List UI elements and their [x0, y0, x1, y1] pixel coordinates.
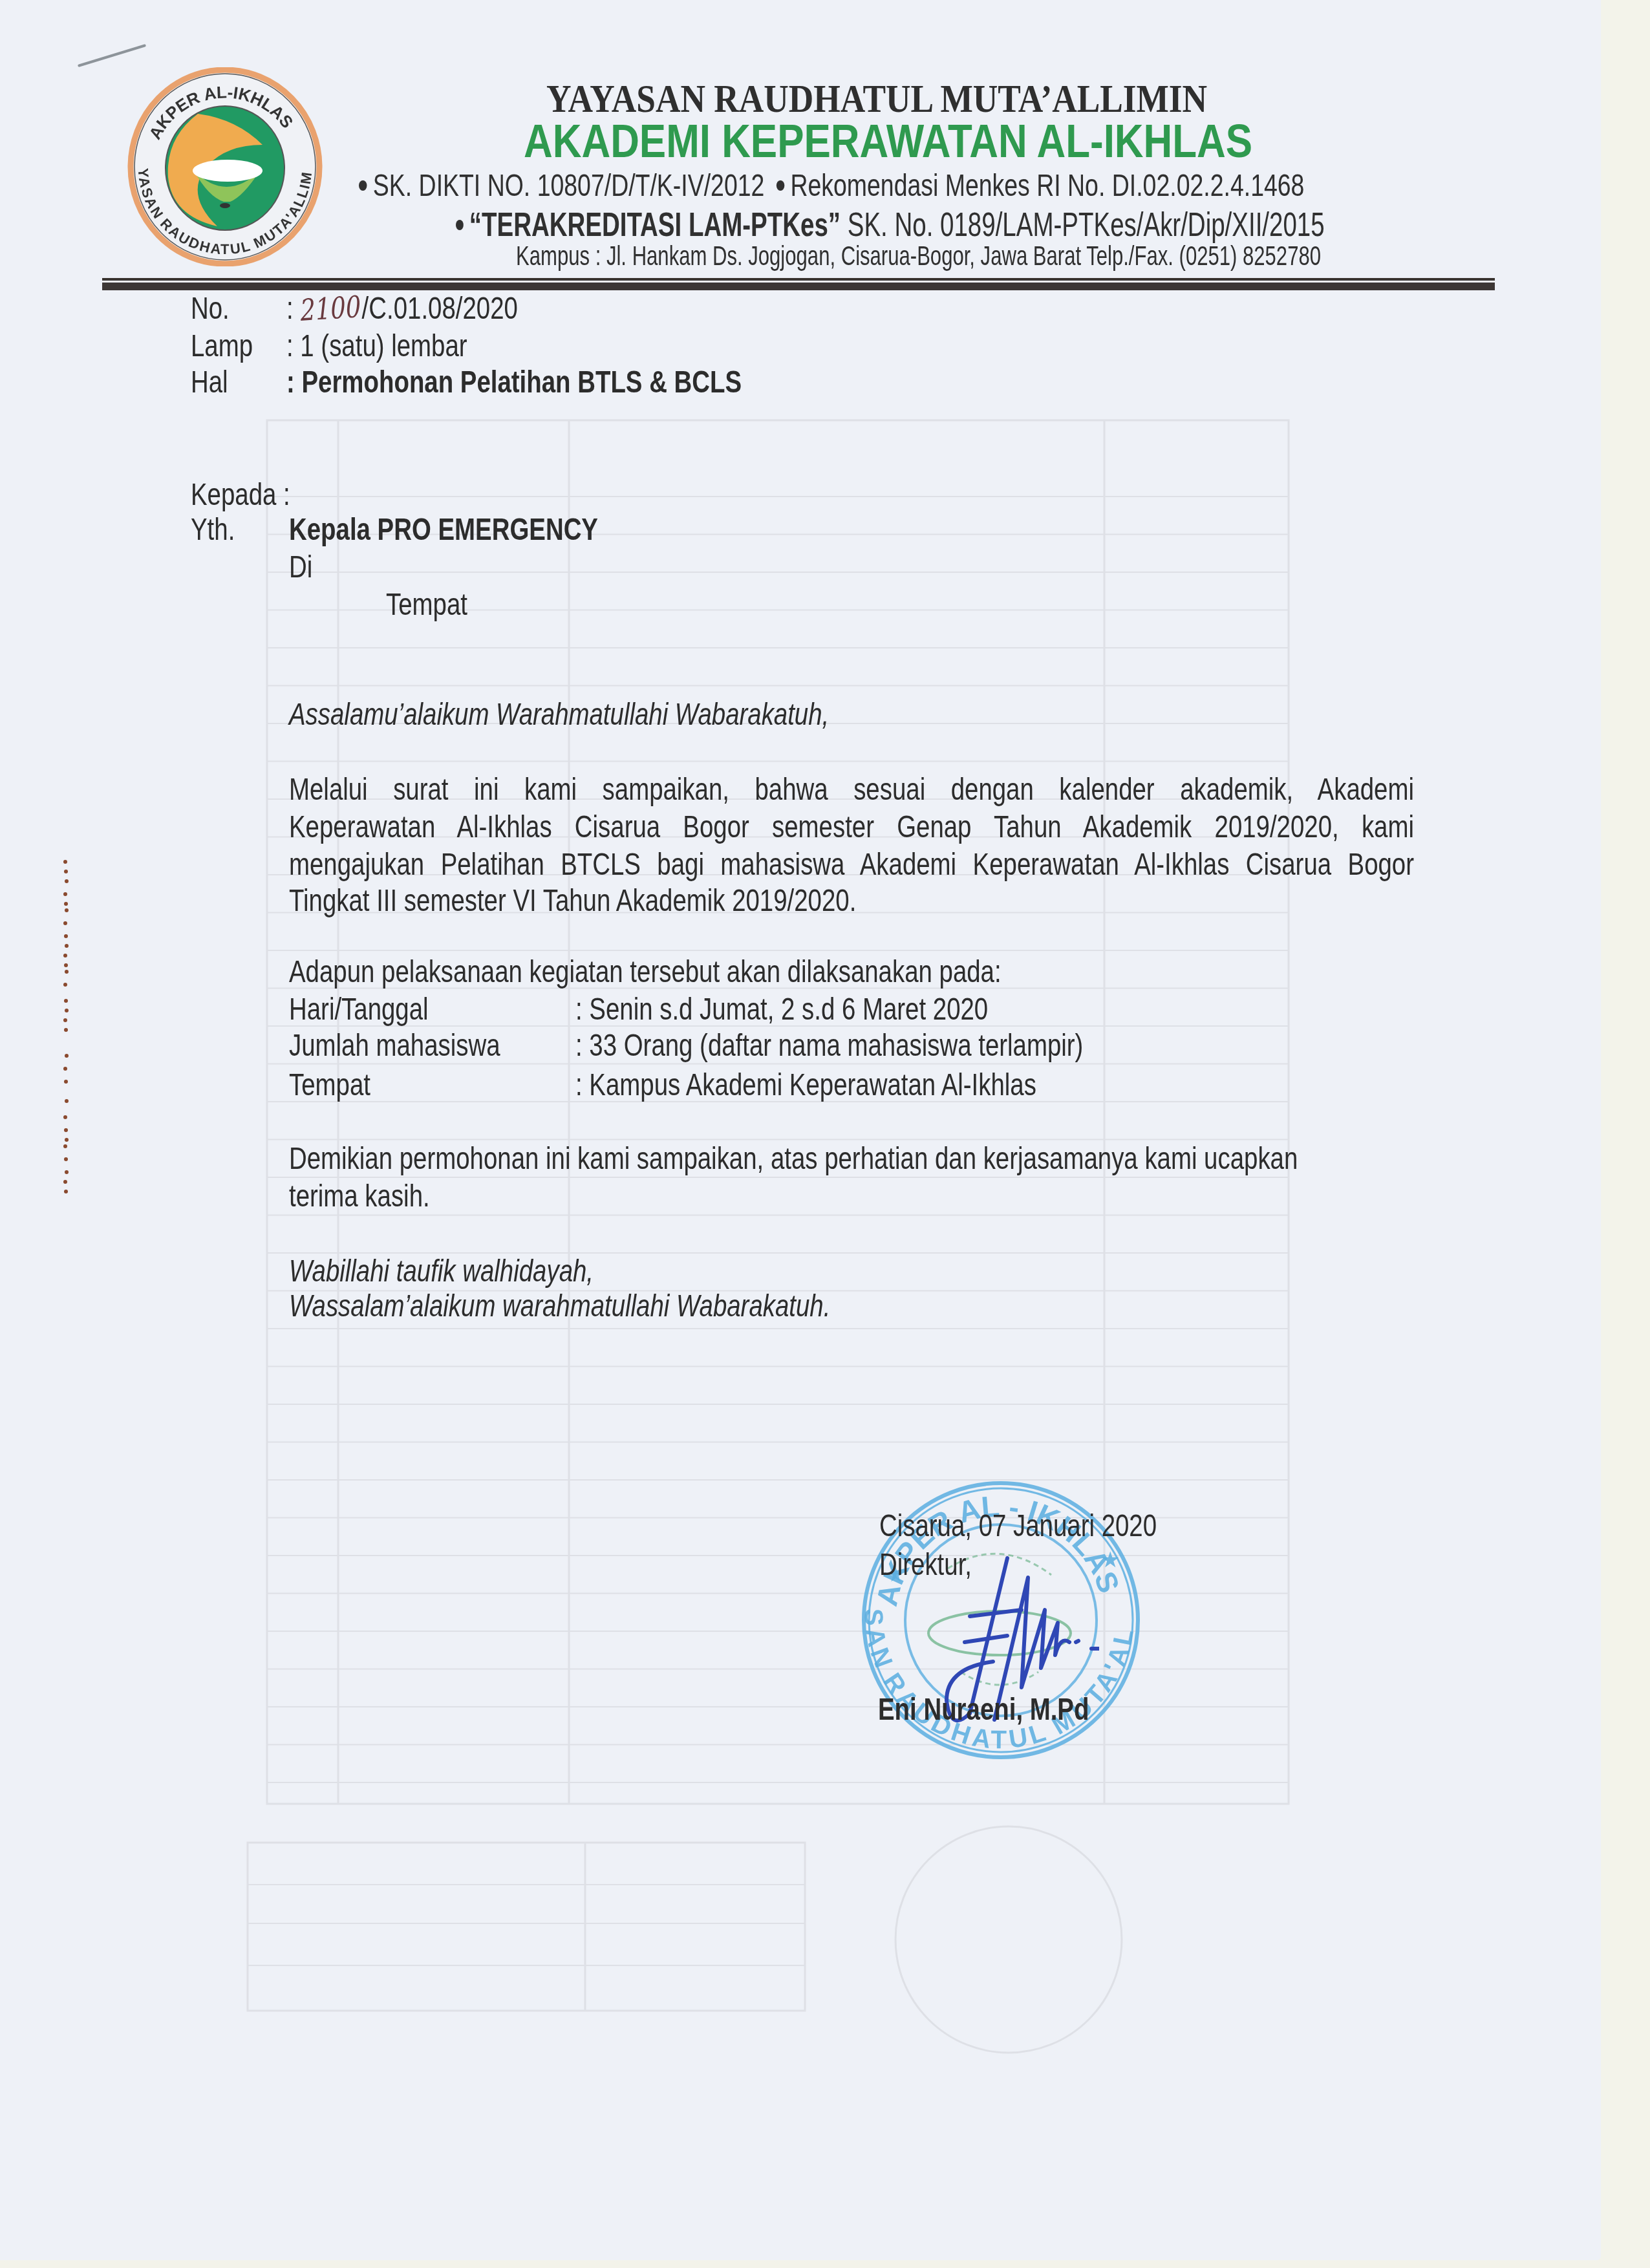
margin-speck: [64, 999, 68, 1003]
subject: : Permohonan Pelatihan BTLS & BCLS: [286, 367, 855, 398]
salutation-2: Wassalam’alaikum warahmatullahi Wabaraka…: [289, 1291, 966, 1322]
margin-speck: [64, 1157, 68, 1161]
letter-page: AKPER AL-IKHLAS YAYASAN RAUDHATUL MUTA'A…: [0, 0, 1601, 2260]
campus-address: Kampus : Jl. Hankam Ds. Jogjogan, Cisaru…: [516, 241, 1603, 272]
hal-label: Hal: [191, 367, 237, 398]
margin-speck: [65, 1099, 69, 1103]
tempat-label: Tempat: [386, 590, 487, 621]
schedule-value-date: : Senin s.d Jumat, 2 s.d 6 Maret 2020: [575, 994, 1091, 1025]
margin-speck: [64, 1080, 68, 1084]
margin-speck: [63, 1115, 67, 1119]
margin-speck: [64, 934, 68, 938]
accreditation-number: SK. No. 0189/LAM-PTKes/Akr/Dip/XII/2015: [841, 206, 1325, 244]
main-paragraph: Melalui surat ini kami sampaikan, bahwa …: [289, 772, 1414, 921]
margin-speck: [64, 902, 68, 906]
margin-speck: [63, 921, 67, 925]
margin-speck: [64, 1128, 68, 1132]
margin-speck: [65, 944, 69, 948]
paragraph-line: Melalui surat ini kami sampaikan, bahwa …: [289, 772, 1414, 808]
schedule-label-date: Hari/Tanggal: [289, 994, 463, 1025]
lamp-value: : 1 (satu) lembar: [286, 331, 512, 362]
margin-speck: [64, 1190, 68, 1193]
staple-mark: [78, 44, 146, 67]
lamp-label: Lamp: [191, 331, 268, 362]
paragraph-line: Tingkat III semester VI Tahun Akademik 2…: [289, 883, 856, 919]
margin-speck: [65, 1170, 69, 1174]
menkes-recommendation: Rekomendasi Menkes RI No. DI.02.02.2.4.1…: [790, 169, 1304, 203]
schedule-value-count: : 33 Orang (daftar nama mahasiswa terlam…: [575, 1031, 1210, 1062]
schedule-value-place: : Kampus Akademi Keperawatan Al-Ikhlas: [575, 1070, 1152, 1101]
margin-speck: [63, 1144, 67, 1148]
header-divider-thick: [102, 283, 1495, 290]
accreditation-line: “TERAKREDITASI LAM-PTKes” SK. No. 0189/L…: [456, 206, 1630, 244]
license-line: SK. DIKTI NO. 10807/D/T/K-IV/2012 Rekome…: [359, 168, 1571, 204]
margin-speck: [63, 983, 67, 987]
margin-speck: [63, 860, 67, 864]
margin-speck: [65, 1009, 69, 1012]
yth-label: Yth.: [191, 515, 246, 546]
paragraph-line: Keperawatan Al-Ikhlas Cisarua Bogor seme…: [289, 809, 1414, 845]
margin-speck: [65, 1054, 69, 1058]
schedule-label-place: Tempat: [289, 1070, 391, 1101]
margin-speck: [64, 963, 68, 967]
di-label: Di: [289, 552, 318, 583]
bullet-icon: [359, 180, 367, 191]
no-label: No.: [191, 294, 239, 325]
margin-speck: [64, 1028, 68, 1032]
place-date: Cisarua, 07 Januari 2020: [879, 1511, 1226, 1542]
margin-speck: [63, 892, 67, 896]
margin-speck: [63, 1180, 67, 1184]
header-divider-thin: [102, 278, 1495, 281]
schedule-label-count: Jumlah mahasiswa: [289, 1031, 553, 1062]
bullet-icon: [777, 180, 784, 191]
margin-speck: [64, 870, 68, 873]
margin-speck: [63, 1067, 67, 1071]
margin-speck: [65, 879, 69, 883]
salutation-1: Wabillahi taufik walhidayah,: [289, 1256, 670, 1287]
closing-line: terima kasih.: [289, 1181, 465, 1212]
letter-number: : 2100/C.01.08/2020: [286, 294, 575, 325]
closing-line: Demikian permohonan ini kami sampaikan, …: [289, 1144, 1550, 1175]
paragraph-line: mengajukan Pelatihan BTCLS bagi mahasisw…: [289, 847, 1414, 883]
opening-greeting: Assalamu’alaikum Warahmatullahi Wabaraka…: [289, 700, 964, 731]
handwritten-number: 2100: [299, 292, 361, 325]
margin-speck: [63, 1018, 67, 1022]
margin-speck: [65, 1138, 69, 1142]
kepada-label: Kepada :: [191, 480, 315, 511]
institution-seal-icon: AKPER AL-IKHLAS YAYASAN RAUDHATUL MUTA'A…: [127, 67, 323, 266]
recipient-name: Kepala PRO EMERGENCY: [289, 515, 675, 546]
bullet-icon: [456, 220, 464, 230]
svg-text:★: ★: [1100, 1548, 1120, 1572]
sk-dikti: SK. DIKTI NO. 10807/D/T/K-IV/2012: [373, 169, 765, 203]
schedule-intro: Adapun pelaksanaan kegiatan tersebut aka…: [289, 957, 1179, 988]
signatory-name: Eni Nuraeni, M.Pd: [878, 1695, 1142, 1726]
margin-speck: [63, 954, 67, 957]
margin-speck: [65, 908, 69, 912]
accreditation-label: “TERAKREDITASI LAM-PTKes”: [469, 206, 841, 244]
academy-name: AKADEMI KEPERAWATAN AL-IKHLAS: [524, 115, 1371, 168]
margin-speck: [65, 970, 69, 974]
